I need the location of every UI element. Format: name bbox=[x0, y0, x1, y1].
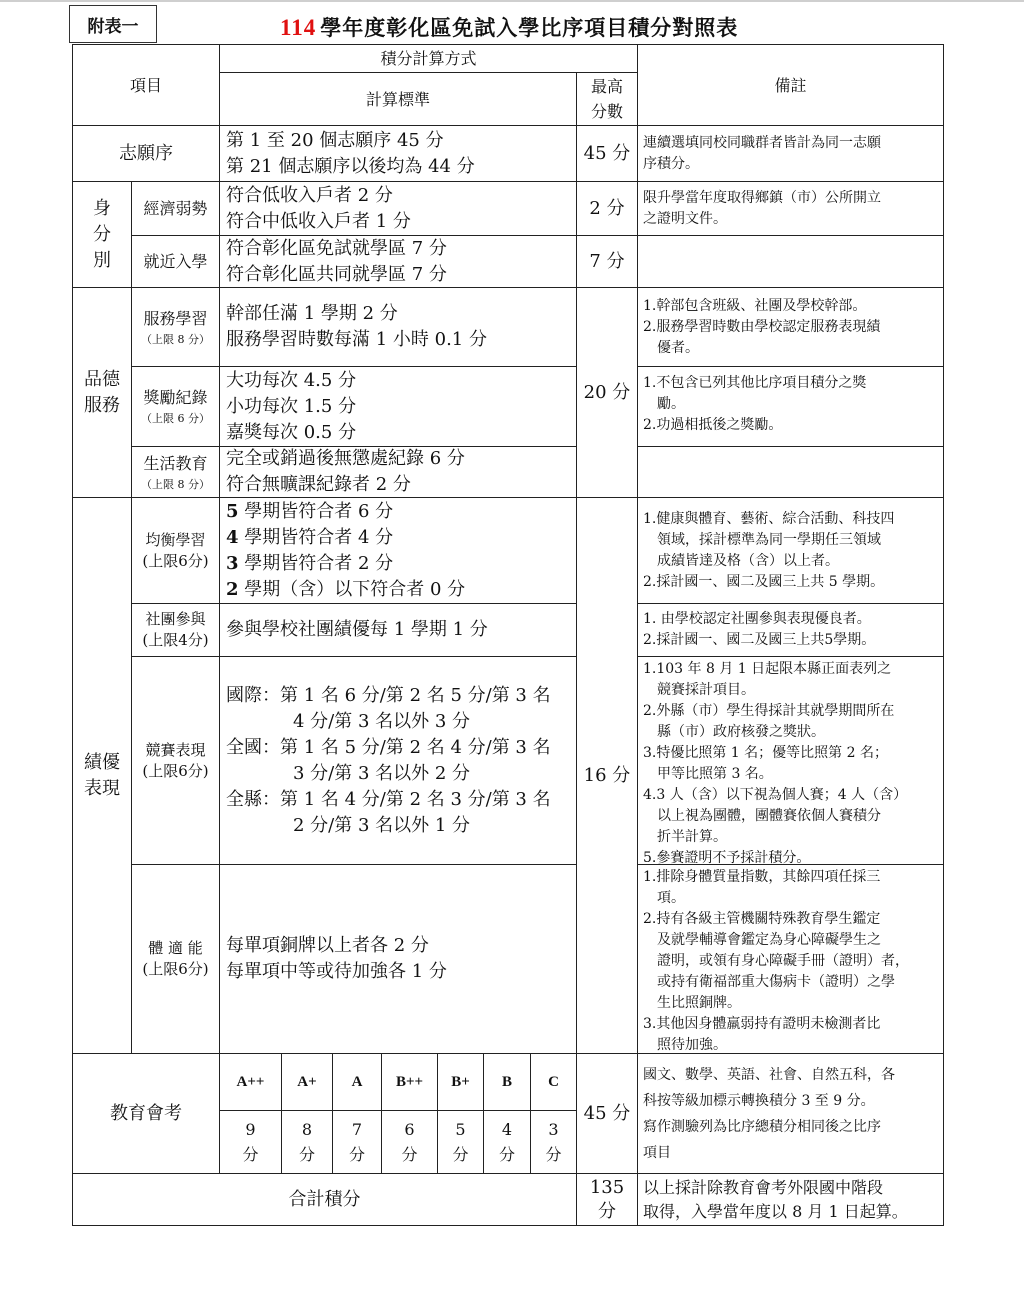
criteria-text: 學期（含）以下符合者 0 分 bbox=[244, 579, 465, 600]
points-unit: 分 bbox=[299, 1142, 315, 1167]
criteria-line: 符合彰化區免試就學區 7 分 bbox=[226, 236, 576, 262]
row-fitness-remarks: 1.排除身體質量指數，其餘四項任採三 項。 2.持有各級主管機關特殊教育學生鑑定… bbox=[637, 864, 944, 1054]
criteria-line: 全國：第 1 名 5 分/第 2 名 4 分/第 3 名 bbox=[226, 735, 576, 761]
max-score-unit: 分 bbox=[598, 1200, 616, 1224]
points-value: 3 bbox=[548, 1117, 558, 1142]
item-label: 合計積分 bbox=[289, 1187, 361, 1213]
remark-line: 2.採計國一、國二及國三上共 5 學期。 bbox=[643, 572, 939, 593]
item-label: 生活教育 bbox=[143, 451, 207, 476]
row-fitness-item: 體 適 能(上限6分) bbox=[131, 864, 220, 1054]
header-item: 項目 bbox=[72, 44, 220, 126]
row-life-item: 生活教育（上限 8 分） bbox=[131, 446, 220, 498]
header-item-label: 項目 bbox=[130, 73, 162, 98]
category-line: 績優 bbox=[84, 750, 120, 776]
excellence-max: 16 分 bbox=[576, 497, 638, 1054]
row-total-remarks: 以上採計除教育會考外限國中階段取得，入學當年度以 8 月 1 日起算。 bbox=[637, 1173, 944, 1226]
points-unit: 分 bbox=[545, 1142, 561, 1167]
criteria-line: 全縣：第 1 名 4 分/第 2 名 3 分/第 3 名 bbox=[226, 787, 576, 813]
row-clubs-criteria: 參與學校社團績優每 1 學期 1 分 bbox=[219, 603, 577, 657]
criteria-line: 2 分/第 3 名以外 1 分 bbox=[226, 813, 576, 839]
criteria-text: 學期皆符合者 6 分 bbox=[244, 501, 393, 522]
points-value: 8 bbox=[302, 1117, 312, 1142]
remark-line: 及就學輔導會鑑定為身心障礙學生之 bbox=[643, 930, 939, 951]
points-cell: 7分 bbox=[332, 1110, 382, 1174]
grade-label: C bbox=[548, 1072, 559, 1093]
grade-label: A bbox=[352, 1072, 363, 1093]
remark-line: 序積分。 bbox=[643, 154, 939, 175]
grade-label: A+ bbox=[297, 1072, 316, 1093]
remark-line: 3.特優比照第 1 名；優等比照第 2 名； bbox=[643, 743, 939, 764]
row-awards-criteria: 大功每次 4.5 分小功每次 1.5 分嘉獎每次 0.5 分 bbox=[219, 366, 577, 447]
max-score: 16 分 bbox=[584, 763, 631, 789]
category-status: 身分別 bbox=[72, 181, 132, 288]
max-score: 45 分 bbox=[584, 141, 631, 167]
cap-label: (上限6分) bbox=[142, 551, 208, 572]
criteria-line: 第 21 個志願序以後均為 44 分 bbox=[226, 154, 576, 180]
remark-line: 2.服務學習時數由學校認定服務表現績 bbox=[643, 317, 939, 338]
criteria-line: 服務學習時數每滿 1 小時 0.1 分 bbox=[226, 327, 576, 353]
row-preference-remarks: 連續選填同校同職群者皆計為同一志願序積分。 bbox=[637, 125, 944, 182]
points-value: 9 bbox=[245, 1117, 255, 1142]
row-economic-remarks: 限升學當年度取得鄉鎮（市）公所開立之證明文件。 bbox=[637, 181, 944, 236]
row-fitness-criteria: 每單項銅牌以上者各 2 分每單項中等或待加強各 1 分 bbox=[219, 864, 577, 1054]
semester-count: 2 bbox=[226, 579, 239, 600]
remark-line: 競賽採計項目。 bbox=[643, 680, 939, 701]
criteria-text: 學期皆符合者 4 分 bbox=[244, 527, 393, 548]
row-total-item: 合計積分 bbox=[72, 1173, 577, 1226]
remark-line: 領域，採計標準為同一學期任三領域 bbox=[643, 530, 939, 551]
grade-label: B++ bbox=[396, 1072, 423, 1093]
points-value: 5 bbox=[455, 1117, 465, 1142]
criteria-text: 第 1 名 5 分/第 2 名 4 分/第 3 名 bbox=[280, 737, 551, 758]
grade-cell: B bbox=[483, 1053, 531, 1111]
criteria-line: 每單項銅牌以上者各 2 分 bbox=[226, 933, 576, 959]
cap-label: (上限6分) bbox=[142, 959, 208, 980]
points-value: 7 bbox=[352, 1117, 362, 1142]
criteria-line: 參與學校社團績優每 1 學期 1 分 bbox=[226, 617, 576, 643]
conduct-max: 20 分 bbox=[576, 287, 638, 498]
row-life-criteria: 完全或銷過後無懲處紀錄 6 分符合無曠課紀錄者 2 分 bbox=[219, 446, 577, 498]
criteria-line: 符合彰化區共同就學區 7 分 bbox=[226, 262, 576, 288]
category-excellence: 績優表現 bbox=[72, 497, 132, 1054]
header-max: 最高分數 bbox=[576, 72, 638, 126]
competition-level: 全國： bbox=[226, 737, 280, 758]
remark-line: 以上視為團體，團體賽依個人賽積分 bbox=[643, 806, 939, 827]
points-cell: 4分 bbox=[483, 1110, 531, 1174]
header-method-label: 積分計算方式 bbox=[380, 46, 476, 71]
competition-level: 全縣： bbox=[226, 789, 280, 810]
remark-line: 項。 bbox=[643, 888, 939, 909]
item-label: 社團參與 bbox=[145, 609, 205, 630]
cap-label: (上限6分) bbox=[142, 761, 208, 782]
remark-line: 優者。 bbox=[643, 338, 939, 359]
row-balanced-criteria: 5 學期皆符合者 6 分 4 學期皆符合者 4 分 3 學期皆符合者 2 分 2… bbox=[219, 497, 577, 604]
cap-label: （上限 6 分） bbox=[141, 410, 210, 428]
row-economic-max: 2 分 bbox=[576, 181, 638, 236]
remark-line: 證明，或領有身心障礙手冊（證明）者， bbox=[643, 951, 939, 972]
row-preference-criteria: 第 1 至 20 個志願序 45 分第 21 個志願序以後均為 44 分 bbox=[219, 125, 577, 182]
grade-label: A++ bbox=[237, 1072, 265, 1093]
grade-cell: B+ bbox=[437, 1053, 484, 1111]
category-char: 別 bbox=[93, 248, 111, 274]
remark-line: 或持有衛福部重大傷病卡（證明）之學 bbox=[643, 972, 939, 993]
criteria-line: 符合中低收入戶者 1 分 bbox=[226, 209, 576, 235]
criteria-line: 3 學期皆符合者 2 分 bbox=[226, 551, 576, 577]
points-unit: 分 bbox=[401, 1142, 417, 1167]
max-score: 7 分 bbox=[589, 249, 624, 275]
max-score: 2 分 bbox=[589, 196, 624, 222]
row-nearby-max: 7 分 bbox=[576, 235, 638, 288]
item-label: 志願序 bbox=[119, 141, 173, 167]
category-conduct: 品德服務 bbox=[72, 287, 132, 498]
criteria-line: 每單項中等或待加強各 1 分 bbox=[226, 959, 576, 985]
header-remarks-label: 備註 bbox=[774, 73, 806, 98]
points-value: 6 bbox=[404, 1117, 414, 1142]
item-label: 均衡學習 bbox=[145, 530, 205, 551]
criteria-text: 第 1 名 4 分/第 2 名 3 分/第 3 名 bbox=[280, 789, 551, 810]
cap-label: (上限4分) bbox=[142, 630, 208, 651]
remark-line: 1.幹部包含班級、社團及學校幹部。 bbox=[643, 296, 939, 317]
item-label: 服務學習 bbox=[143, 306, 207, 331]
document-title: 114學年度彰化區免試入學比序項目積分對照表 bbox=[280, 12, 738, 42]
grade-cell: C bbox=[530, 1053, 577, 1111]
remark-line: 縣（市）政府核發之獎狀。 bbox=[643, 722, 939, 743]
item-label: 競賽表現 bbox=[145, 740, 205, 761]
criteria-line: 第 1 至 20 個志願序 45 分 bbox=[226, 128, 576, 154]
semester-count: 3 bbox=[226, 553, 239, 574]
remark-line: 勵。 bbox=[643, 394, 939, 415]
grade-cell: A++ bbox=[219, 1053, 282, 1111]
points-unit: 分 bbox=[242, 1142, 258, 1167]
category-char: 分 bbox=[93, 222, 111, 248]
criteria-line: 小功每次 1.5 分 bbox=[226, 394, 576, 420]
remark-line: 生比照銅牌。 bbox=[643, 993, 939, 1014]
row-balanced-remarks: 1.健康與體育、藝術、綜合活動、科技四領域，採計標準為同一學期任三領域成績皆達及… bbox=[637, 497, 944, 604]
points-unit: 分 bbox=[499, 1142, 515, 1167]
row-clubs-remarks: 1. 由學校認定社團參與表現優良者。2.採計國一、國二及國三上共5學期。 bbox=[637, 603, 944, 657]
grade-cell: A+ bbox=[281, 1053, 333, 1111]
row-total-max: 135分 bbox=[576, 1173, 638, 1226]
semester-count: 5 bbox=[226, 501, 239, 522]
row-balanced-item: 均衡學習(上限6分) bbox=[131, 497, 220, 604]
remark-line: 國文、數學、英語、社會、自然五科，各 bbox=[643, 1062, 939, 1088]
max-score: 45 分 bbox=[584, 1101, 631, 1127]
points-unit: 分 bbox=[349, 1142, 365, 1167]
remark-line: 限升學當年度取得鄉鎮（市）公所開立 bbox=[643, 188, 939, 209]
points-value: 4 bbox=[502, 1117, 512, 1142]
header-method: 積分計算方式 bbox=[219, 44, 638, 73]
cap-label: （上限 8 分） bbox=[141, 476, 210, 494]
remark-line: 取得，入學當年度以 8 月 1 日起算。 bbox=[643, 1200, 939, 1224]
category-char: 身 bbox=[93, 196, 111, 222]
max-score: 20 分 bbox=[584, 380, 631, 406]
cap-label: （上限 8 分） bbox=[141, 331, 210, 349]
competition-level: 國際： bbox=[226, 685, 280, 706]
remark-line: 2.持有各級主管機關特殊教育學生鑑定 bbox=[643, 909, 939, 930]
criteria-line: 國際：第 1 名 6 分/第 2 名 5 分/第 3 名 bbox=[226, 683, 576, 709]
criteria-line: 4 學期皆符合者 4 分 bbox=[226, 525, 576, 551]
header-max-line2: 分數 bbox=[591, 99, 623, 124]
item-label: 經濟弱勢 bbox=[143, 196, 207, 221]
remark-line: 2.採計國一、國二及國三上共5學期。 bbox=[643, 630, 939, 651]
points-cell: 9分 bbox=[219, 1110, 282, 1174]
item-label: 就近入學 bbox=[143, 249, 207, 274]
criteria-line: 符合無曠課紀錄者 2 分 bbox=[226, 472, 576, 498]
row-clubs-item: 社團參與(上限4分) bbox=[131, 603, 220, 657]
remark-line: 3.其他因身體羸弱持有證明未檢測者比 bbox=[643, 1014, 939, 1035]
header-max-line1: 最高 bbox=[591, 74, 623, 99]
remark-line: 2.功過相抵後之獎勵。 bbox=[643, 415, 939, 436]
row-exam-max: 45 分 bbox=[576, 1053, 638, 1174]
remark-line: 1.排除身體質量指數，其餘四項任採三 bbox=[643, 867, 939, 888]
criteria-line: 嘉獎每次 0.5 分 bbox=[226, 420, 576, 446]
criteria-text: 第 1 名 6 分/第 2 名 5 分/第 3 名 bbox=[280, 685, 551, 706]
row-competition-remarks: 1.103 年 8 月 1 日起限本縣正面表列之 競賽採計項目。 2.外縣（市）… bbox=[637, 656, 944, 865]
points-cell: 8分 bbox=[281, 1110, 333, 1174]
grade-cell: B++ bbox=[381, 1053, 438, 1111]
row-exam-remarks: 國文、數學、英語、社會、自然五科，各科按等級加標示轉換積分 3 至 9 分。寫作… bbox=[637, 1053, 944, 1174]
item-label: 教育會考 bbox=[110, 1101, 182, 1127]
title-year: 114 bbox=[280, 15, 316, 40]
remark-line: 項目 bbox=[643, 1140, 939, 1166]
category-line: 品德 bbox=[84, 367, 120, 393]
remark-line: 1.健康與體育、藝術、綜合活動、科技四 bbox=[643, 509, 939, 530]
remark-line: 2.外縣（市）學生得採計其就學期間所在 bbox=[643, 701, 939, 722]
remark-line: 連續選填同校同職群者皆計為同一志願 bbox=[643, 133, 939, 154]
criteria-line: 3 分/第 3 名以外 2 分 bbox=[226, 761, 576, 787]
row-exam-item: 教育會考 bbox=[72, 1053, 220, 1174]
criteria-line: 2 學期（含）以下符合者 0 分 bbox=[226, 577, 576, 603]
row-economic-criteria: 符合低收入戶者 2 分符合中低收入戶者 1 分 bbox=[219, 181, 577, 236]
max-score-value: 135 bbox=[590, 1176, 624, 1200]
remark-line: 1.103 年 8 月 1 日起限本縣正面表列之 bbox=[643, 659, 939, 680]
criteria-line: 幹部任滿 1 學期 2 分 bbox=[226, 301, 576, 327]
row-service-criteria: 幹部任滿 1 學期 2 分服務學習時數每滿 1 小時 0.1 分 bbox=[219, 287, 577, 367]
row-nearby-item: 就近入學 bbox=[131, 235, 220, 288]
appendix-label: 附表一 bbox=[69, 5, 157, 43]
row-life-remarks bbox=[637, 446, 944, 498]
points-cell: 6分 bbox=[381, 1110, 438, 1174]
criteria-line: 符合低收入戶者 2 分 bbox=[226, 183, 576, 209]
row-economic-item: 經濟弱勢 bbox=[131, 181, 220, 236]
remark-line: 甲等比照第 3 名。 bbox=[643, 764, 939, 785]
row-service-remarks: 1.幹部包含班級、社團及學校幹部。2.服務學習時數由學校認定服務表現績優者。 bbox=[637, 287, 944, 367]
criteria-line: 4 分/第 3 名以外 3 分 bbox=[226, 709, 576, 735]
title-text: 學年度彰化區免試入學比序項目積分對照表 bbox=[320, 16, 738, 40]
grade-cell: A bbox=[332, 1053, 382, 1111]
page-top-edge bbox=[0, 0, 1024, 2]
remark-line: 1. 由學校認定社團參與表現優良者。 bbox=[643, 609, 939, 630]
remark-line: 以上採計除教育會考外限國中階段 bbox=[643, 1176, 939, 1200]
item-label: 體 適 能 bbox=[148, 938, 203, 959]
points-cell: 5分 bbox=[437, 1110, 484, 1174]
item-label: 獎勵紀錄 bbox=[143, 385, 207, 410]
criteria-line: 大功每次 4.5 分 bbox=[226, 368, 576, 394]
category-line: 表現 bbox=[84, 776, 120, 802]
header-criteria-label: 計算標準 bbox=[366, 87, 430, 112]
header-criteria: 計算標準 bbox=[219, 72, 577, 126]
remark-line: 折半計算。 bbox=[643, 827, 939, 848]
row-competition-item: 競賽表現(上限6分) bbox=[131, 656, 220, 865]
criteria-line: 5 學期皆符合者 6 分 bbox=[226, 499, 576, 525]
row-preference-item: 志願序 bbox=[72, 125, 220, 182]
header-remarks: 備註 bbox=[637, 44, 944, 126]
remark-line: 科按等級加標示轉換積分 3 至 9 分。 bbox=[643, 1088, 939, 1114]
row-awards-item: 獎勵紀錄（上限 6 分） bbox=[131, 366, 220, 447]
remark-line: 成績皆達及格（含）以上者。 bbox=[643, 551, 939, 572]
row-nearby-remarks bbox=[637, 235, 944, 288]
row-competition-criteria: 國際：第 1 名 6 分/第 2 名 5 分/第 3 名 4 分/第 3 名以外… bbox=[219, 656, 577, 865]
points-unit: 分 bbox=[452, 1142, 468, 1167]
row-preference-max: 45 分 bbox=[576, 125, 638, 182]
row-nearby-criteria: 符合彰化區免試就學區 7 分符合彰化區共同就學區 7 分 bbox=[219, 235, 577, 288]
remark-line: 4.3 人（含）以下視為個人賽；4 人（含） bbox=[643, 785, 939, 806]
criteria-line: 完全或銷過後無懲處紀錄 6 分 bbox=[226, 446, 576, 472]
points-cell: 3分 bbox=[530, 1110, 577, 1174]
remark-line: 1.不包含已列其他比序項目積分之獎 bbox=[643, 373, 939, 394]
row-service-item: 服務學習（上限 8 分） bbox=[131, 287, 220, 367]
grade-label: B bbox=[502, 1072, 512, 1093]
category-line: 服務 bbox=[84, 393, 120, 419]
criteria-text: 學期皆符合者 2 分 bbox=[244, 553, 393, 574]
row-awards-remarks: 1.不包含已列其他比序項目積分之獎勵。2.功過相抵後之獎勵。 bbox=[637, 366, 944, 447]
remark-line: 之證明文件。 bbox=[643, 209, 939, 230]
semester-count: 4 bbox=[226, 527, 239, 548]
remark-line: 寫作測驗列為比序總積分相同後之比序 bbox=[643, 1114, 939, 1140]
grade-label: B+ bbox=[451, 1072, 470, 1093]
